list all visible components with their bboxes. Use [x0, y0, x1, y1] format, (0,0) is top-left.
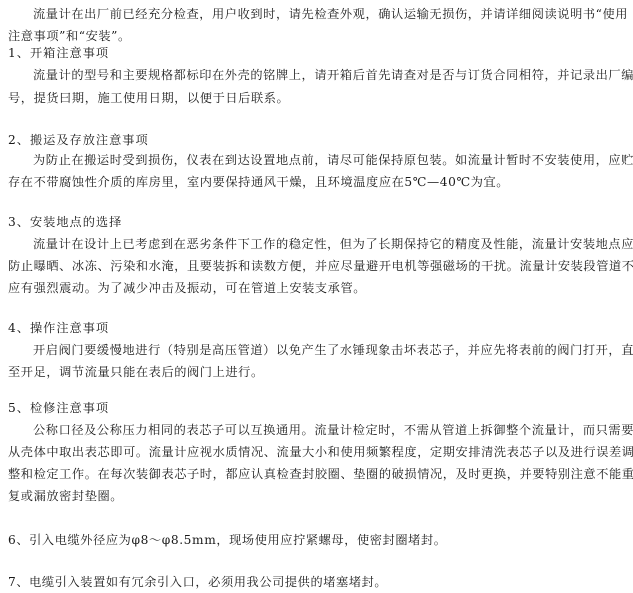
section-5-heading: 5、检修注意事项	[8, 399, 620, 417]
intro-line-2: 注意事项”和“安装”。	[8, 27, 620, 45]
section-4-heading: 4、操作注意事项	[8, 319, 620, 337]
section-1-line-1: 流量计的型号和主要规格都标印在外壳的铭牌上，请开箱后首先请查对是否与订货合同相符…	[33, 66, 620, 84]
section-3-line-2: 防止曝晒、冰冻、污染和水淹，且要装拆和读数方便，并应尽量避开电机等强磁场的干扰。…	[8, 257, 620, 275]
section-2-line-2: 存在不带腐蚀性介质的库房里，室内要保持通风干燥，且环境温度应在5℃—40℃为宜。	[8, 173, 620, 191]
section-6-text: 6、引入电缆外径应为φ8～φ8.5mm，现场使用应拧紧螺母，使密封圈堵封。	[8, 531, 620, 549]
section-5-line-1: 公称口径及公称压力相同的表芯子可以互换通用。流量计检定时，不需从管道上拆御整个流…	[33, 421, 620, 439]
section-2-line-1: 为防止在搬运时受到损伤，仪表在到达设置地点前，请尽可能保持原包装。如流量计暂时不…	[33, 151, 620, 169]
section-3-heading: 3、安装地点的选择	[8, 213, 620, 231]
section-4-line-2: 至开足，调节流量只能在表后的阀门上进行。	[8, 363, 620, 381]
section-3-line-3: 应有强烈震动。为了减少冲击及振动，可在管道上安装支承管。	[8, 279, 620, 297]
section-5-line-2: 从壳体中取出表芯即可。流量计应视水质情况、流量大小和使用频繁程度，定期安排清洗表…	[8, 443, 620, 461]
section-4-line-1: 开启阀门要缓慢地进行（特别是高压管道）以免产生了水锤现象击坏表芯子，并应先将表前…	[33, 341, 620, 359]
section-2-heading: 2、搬运及存放注意事项	[8, 131, 620, 149]
section-5-line-3: 整和检定工作。在每次装御表芯子时，都应认真检查封胶圈、垫圈的破损情况，及时更换，…	[8, 465, 620, 483]
section-1-heading: 1、开箱注意事项	[8, 44, 620, 62]
section-7-text: 7、电缆引入装置如有冗余引入口，必须用我公司提供的堵塞堵封。	[8, 573, 620, 591]
section-5-line-4: 复或漏放密封垫圈。	[8, 487, 620, 505]
intro-line-1: 流量计在出厂前已经充分检查，用户收到时，请先检查外观，确认运输无损伤，并请详细阅…	[33, 5, 620, 23]
section-1-line-2: 号，提货曰期，施工使用日期，以便于日后联系。	[8, 89, 620, 107]
section-3-line-1: 流量计在设计上已考虑到在恶劣条件下工作的稳定性，但为了长期保持它的精度及性能，流…	[33, 235, 620, 253]
